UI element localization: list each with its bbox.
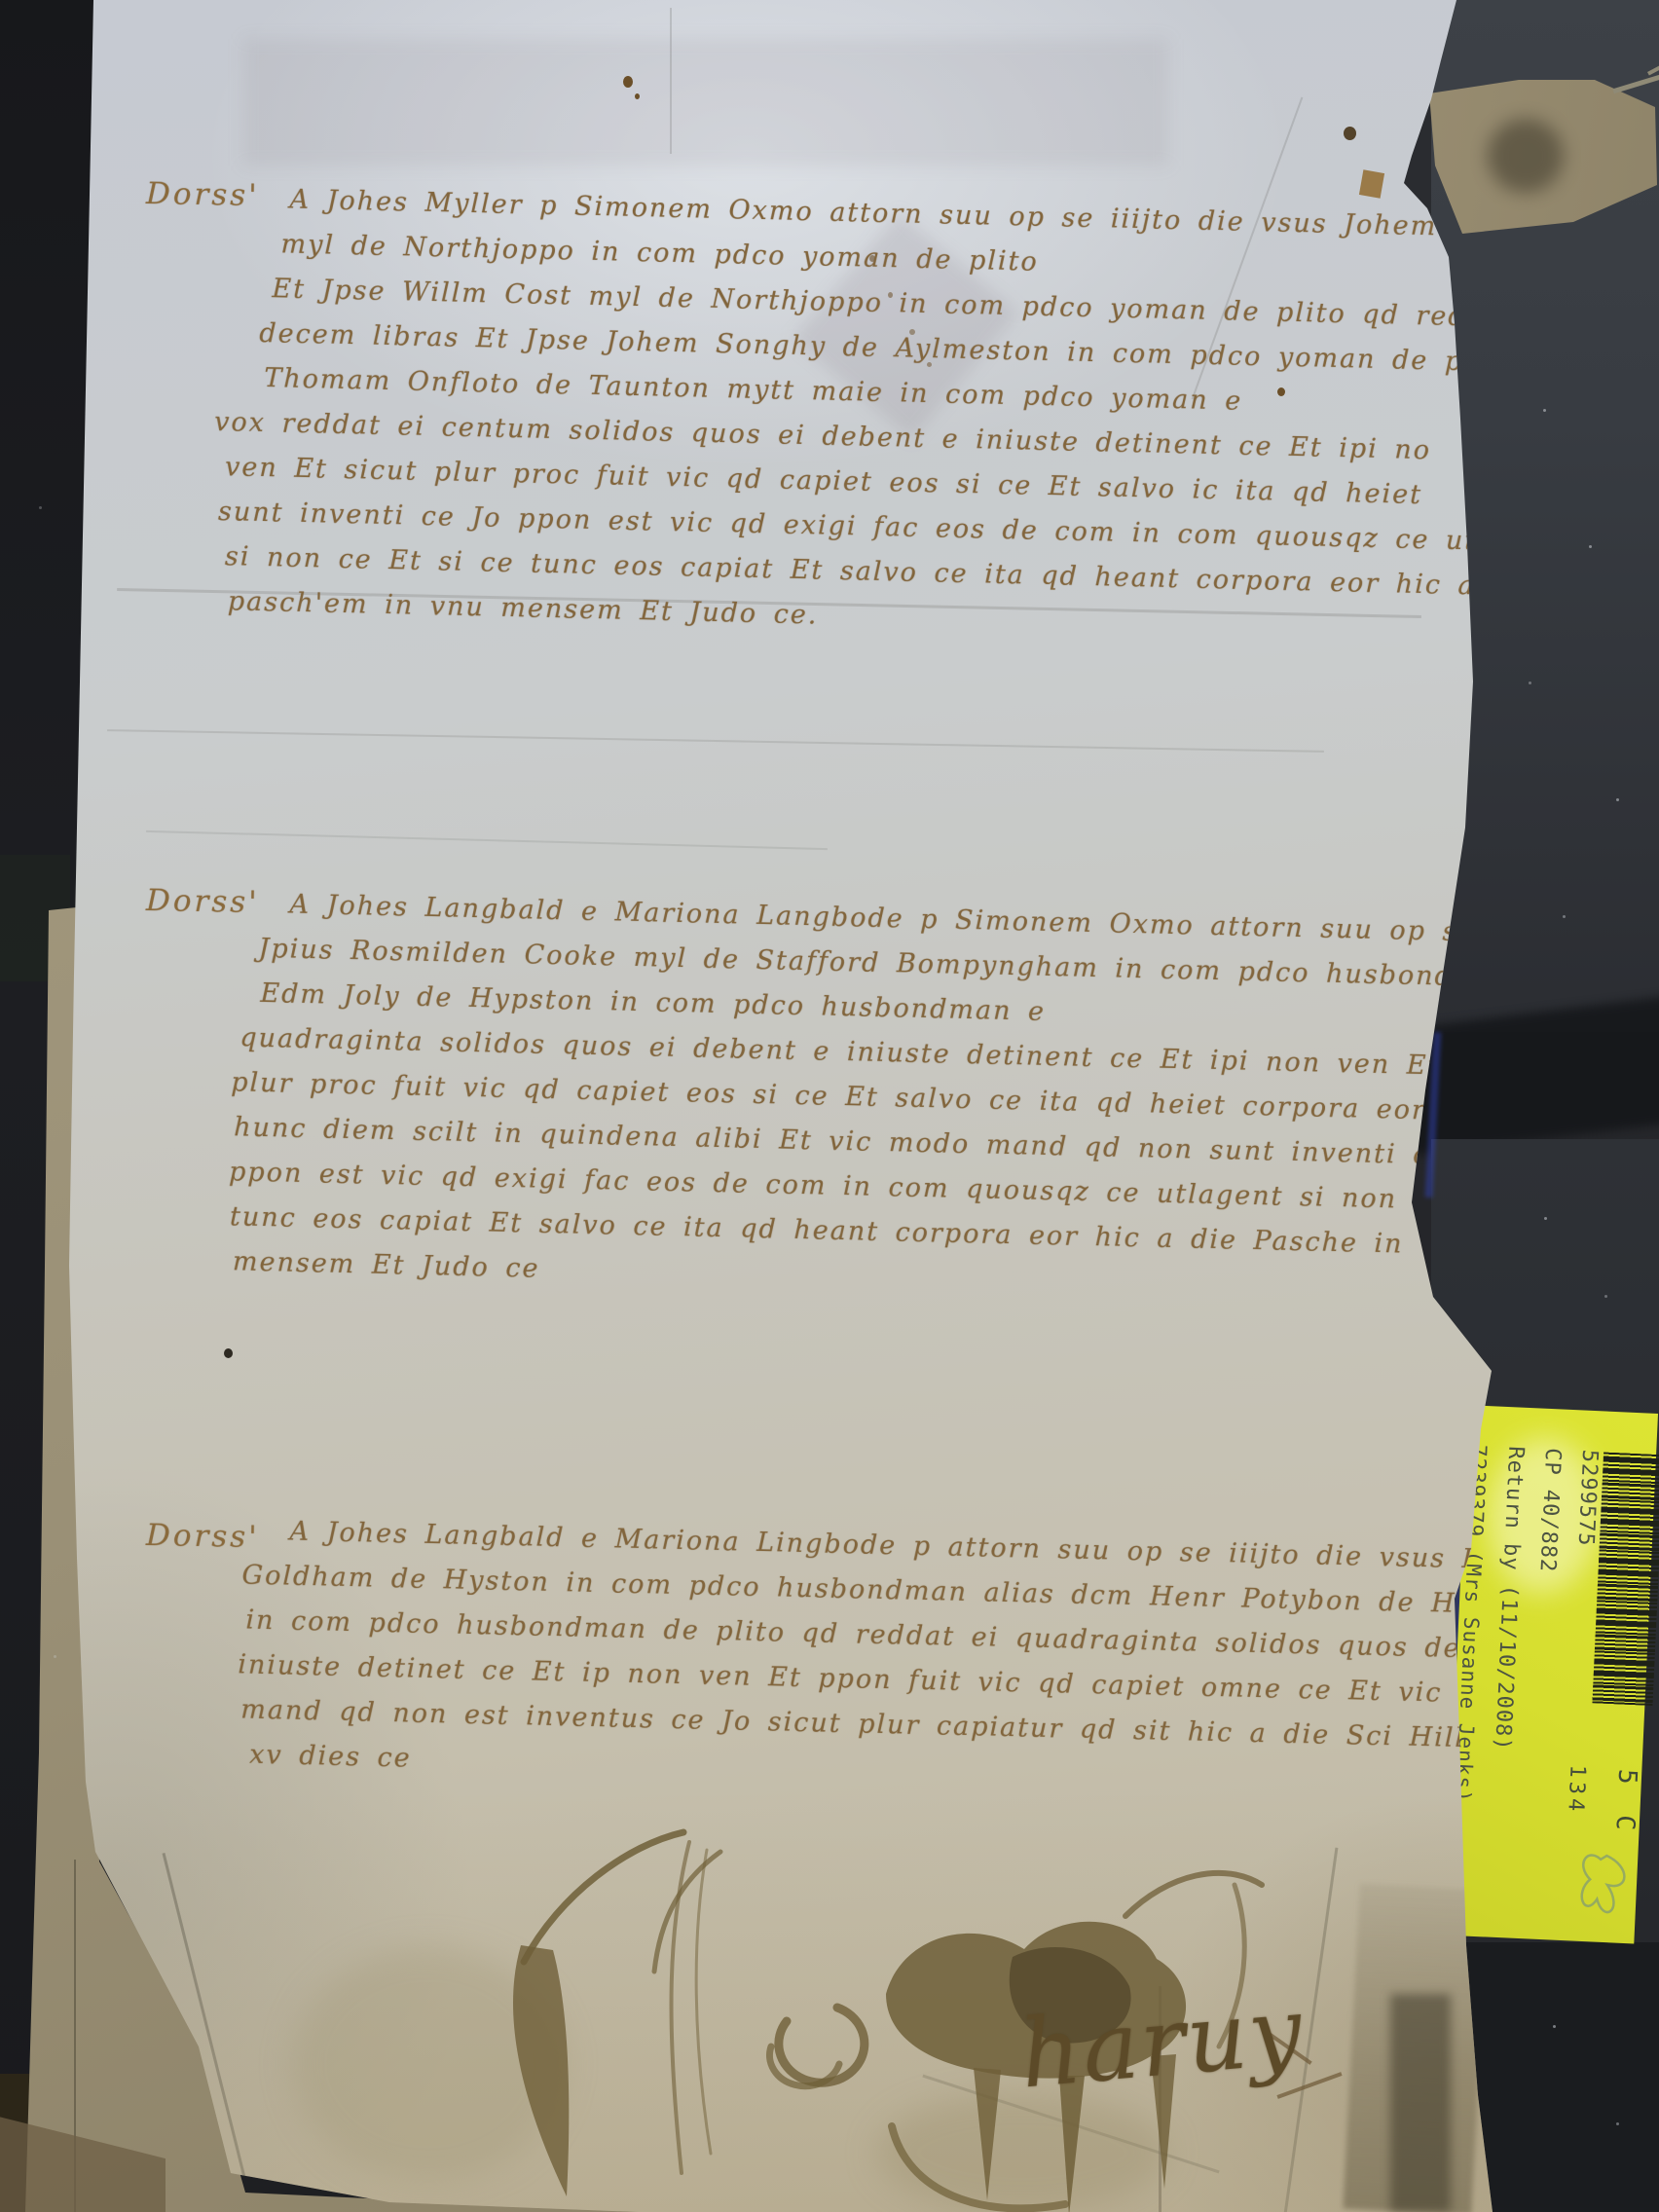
parchment-tab-smudge: [1488, 119, 1564, 193]
parchment-membrane: Dorss' A Johes Myller p Simonem Oxmo att…: [0, 0, 1659, 2212]
ink-spot: [623, 76, 633, 88]
dust-speck: [54, 1655, 56, 1658]
manuscript-line: Edm Joly de Hypston in com pdco husbondm…: [260, 978, 1046, 1027]
dust-speck: [1514, 1519, 1517, 1522]
dust-speck: [1616, 2122, 1619, 2125]
manuscript-line: Thomam Onfloto de Taunton mytt maie in c…: [264, 363, 1243, 417]
marginal-county-note: Dorss': [146, 883, 260, 920]
ink-spot: [1344, 127, 1356, 140]
dust-speck: [1553, 2025, 1556, 2028]
archive-label: 5 C 134 5299575 CP 40/882 Return by (11/…: [1444, 1405, 1658, 1943]
ink-spot: [635, 93, 640, 99]
archive-label-wrap: 5 C 134 5299575 CP 40/882 Return by (11/…: [1444, 1405, 1658, 1943]
marginal-county-note: Dorss': [146, 1518, 260, 1555]
label-desk-number: 134: [1563, 1764, 1589, 1816]
label-seat-number: 5 C: [1610, 1768, 1642, 1831]
crease-line: [146, 830, 828, 850]
marginal-county-note: Dorss': [146, 176, 260, 213]
manuscript-line: xv dies ce: [249, 1740, 412, 1774]
pencil-doodle: [1574, 1835, 1637, 1935]
manuscript-line: mensem Et Judo ce: [233, 1246, 540, 1283]
manuscript-line: pasch'em in vnu mensem Et Judo ce.: [228, 586, 819, 630]
edge-tear-notch: [1359, 169, 1384, 198]
crease-line: [107, 729, 1324, 753]
dust-speck: [39, 506, 42, 509]
ink-spot: [1277, 387, 1285, 396]
dust-speck: [1543, 409, 1546, 412]
label-item-number: 5299575: [1573, 1449, 1602, 1547]
dust-speck: [1604, 1295, 1607, 1298]
dust-speck: [1529, 682, 1531, 684]
barcode: [1592, 1453, 1659, 1707]
dust-speck: [1589, 545, 1592, 548]
dust-speck: [1544, 1217, 1547, 1220]
dark-fleck: [224, 1348, 233, 1358]
ink-showthrough: [243, 39, 1168, 166]
dust-speck: [1616, 798, 1619, 801]
stain-streak-dark: [1390, 1994, 1451, 2212]
dust-speck: [1563, 915, 1566, 918]
photograph: 5 C 134 5299575 CP 40/882 Return by (11/…: [0, 0, 1659, 2212]
